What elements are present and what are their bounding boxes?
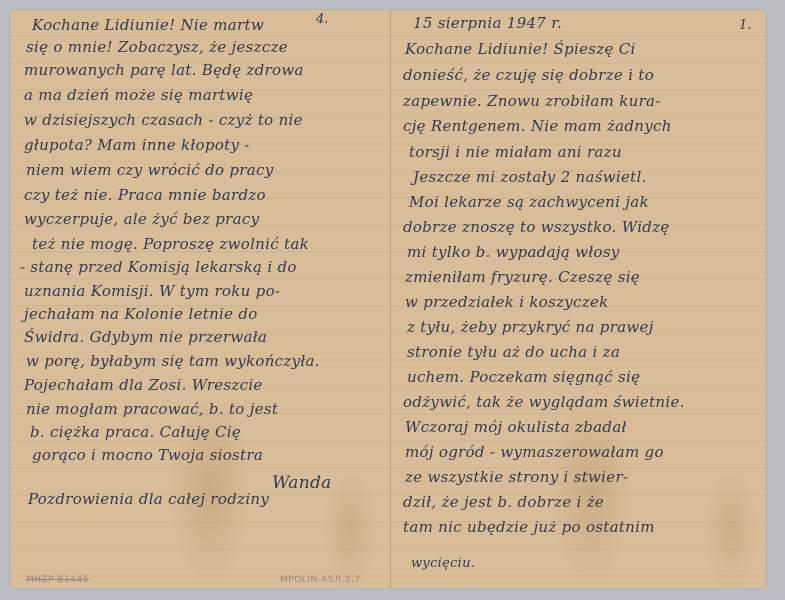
letter-line: Kochane Lidiunie! Nie martw (32, 16, 264, 34)
letter-line: też nie mogę. Poproszę zwolnić tak (32, 235, 309, 253)
letter-line: z tyłu, żeby przykryć na prawej (407, 318, 654, 336)
letter-line: odżywić, tak że wyglądam świetnie. (403, 393, 685, 411)
letter-line: uznania Komisji. W tym roku po- (24, 282, 280, 300)
letter-line: mi tylko b. wypadają włosy (407, 243, 620, 261)
letter-line: donieść, że czuję się dobrze i to (403, 66, 654, 84)
letter-line: Kochane Lidiunie! Śpieszę Ci (405, 40, 636, 58)
letter-line: wycięciu. (411, 556, 475, 571)
letter-line: - stanę przed Komisją lekarską i do (20, 258, 297, 276)
letter-line: uchem. Poczekam sięgnąć się (407, 368, 640, 386)
letter-line: Świdra. Gdybym nie przerwała (24, 328, 267, 346)
signature: Wanda (272, 473, 332, 493)
letter-line: czy też nie. Praca mnie bardzo (24, 186, 266, 204)
letter-line: zapewnie. Znowu zrobiłam kura- (403, 92, 661, 110)
letter-line: Moi lekarze są zachwyceni jak (409, 193, 649, 211)
letter-line: Jeszcze mi zostały 2 naświetl. (413, 168, 647, 186)
letter-line: głupota? Mam inne kłopoty - (24, 136, 250, 154)
letter-line: niem wiem czy wrócić do pracy (26, 161, 273, 179)
page-number: 4. (316, 12, 328, 27)
letter-line: Pozdrowienia dla całej rodziny (28, 490, 269, 508)
letter-line: wyczerpuje, ale żyć bez pracy (24, 210, 259, 228)
letter-line: gorąco i mocno Twoja siostra (32, 446, 263, 464)
letter-line: zmieniłam fryzurę. Czeszę się (405, 268, 640, 286)
letter-page-left: 4. Kochane Lidiunie! Nie martw się o mni… (10, 10, 391, 588)
archive-mark-old: MHŻP-B1445 (26, 575, 89, 585)
letter-line: ze wszystkie strony i stwier- (405, 468, 628, 486)
page-number: 1. (739, 18, 751, 33)
letter-line: cję Rentgenem. Nie mam żadnych (403, 117, 672, 135)
letter-line: dobrze znoszę to wszystko. Widzę (403, 218, 670, 236)
letter-line: mój ogród - wymaszerowałam go (405, 443, 664, 461)
letter-line: Wczoraj mój okulista zbadał (405, 418, 627, 436)
letter-date: 15 sierpnia 1947 r. (413, 14, 562, 32)
letter-line: w dzisiejszych czasach - czyż to nie (24, 111, 303, 129)
letter-line: dził, że jest b. dobrze i że (403, 493, 604, 511)
archive-mark: MPOLIN-A5Л.2.7 (280, 575, 361, 585)
letter-line: b. ciężka praca. Całuję Cię (30, 423, 241, 441)
letter-line: torsji i nie miałam ani razu (409, 143, 622, 161)
letter-line: w przedziałek i koszyczek (405, 293, 609, 311)
letter-line: się o mnie! Zobaczysz, że jeszcze (26, 38, 288, 56)
letter-line: stronie tyłu aż do ucha i za (407, 343, 620, 361)
letter-line: nie mogłam pracować, b. to jest (26, 400, 278, 418)
letter-line: murowanych parę lat. Będę zdrowa (24, 61, 304, 79)
letter-line: Pojechałam dla Zosi. Wreszcie (24, 376, 263, 394)
letter-line: a ma dzień może się martwię (24, 86, 253, 104)
letter-page-right: 1. 15 sierpnia 1947 r. Kochane Lidiunie!… (391, 10, 766, 588)
letter-line: tam nic ubędzie już po ostatnim (403, 518, 655, 536)
letter-line: jechałam na Kolonie letnie do (24, 305, 258, 323)
letter-line: w porę, byłabym się tam wykończyła. (26, 352, 320, 370)
